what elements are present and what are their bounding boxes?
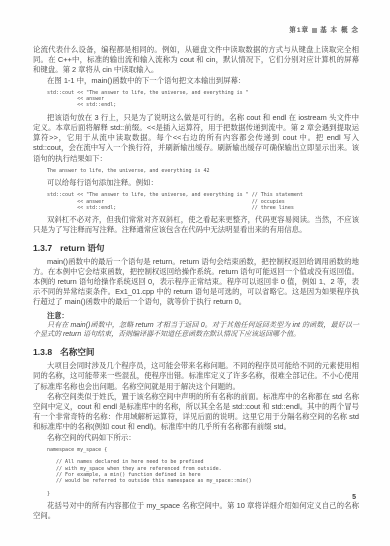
- paragraph-namespace-surname: 名称空间类似于姓氏，置于该名称空间中声明的所有名称的前面。标准库中的名称都在 s…: [33, 392, 359, 433]
- code-block-cout-statement: std::cout << "The answer to life, the un…: [47, 90, 359, 109]
- page-number: 5: [352, 494, 356, 501]
- header-chapter: 第1章: [289, 27, 309, 34]
- header-section-title: 基 本 概 念: [320, 27, 359, 34]
- heading-title: return 语句: [60, 243, 104, 253]
- paragraph-double-slash: 双斜杠不必对齐，但我们常常对齐双斜杠，使之看起来更整齐，代码更容易阅读。当然，不…: [33, 215, 359, 235]
- code-block-cout-with-comments: std::cout << "The answer to life, the un…: [47, 192, 359, 211]
- paragraph-namespace-final: 花括号对中的所有内容都位于 my_space 名称空间中。第 10 章将详细介绍…: [33, 501, 359, 521]
- paragraph-stream-intro: 论流代表什么设备，编程都是相同的。例如，从磁盘文件中读取数据的方式与从键盘上读取…: [33, 45, 359, 76]
- heading-title: 名称空间: [60, 347, 94, 357]
- heading-number: 1.3.8: [33, 347, 52, 357]
- running-header: 第1章基 本 概 念: [33, 24, 359, 34]
- header-separator-icon: [312, 28, 317, 33]
- paragraph-comment-intro: 可以给每行语句添加注释。例如：: [33, 178, 359, 188]
- code-block-namespace: namespace my_space { // All names declar…: [47, 447, 359, 497]
- paragraph-insertion-operator: 把该语句放在 3 行上，只是为了说明这么做是可行的。名称 cout 和 endl…: [33, 113, 359, 164]
- note-label: 注意：: [33, 311, 359, 321]
- note-block: 注意： 只有在 main()函数中，忽略 return 才相当于返回 0。对于其…: [33, 311, 359, 341]
- heading-section-1-3-8: 1.3.8名称空间: [33, 347, 359, 357]
- paragraph-figure-reference: 在图 1-1 中，main()函数中的下一个语句把文本输出到屏幕：: [33, 76, 359, 86]
- heading-section-1-3-7: 1.3.7return 语句: [33, 243, 359, 253]
- paragraph-namespace-code-intro: 名称空间的代码如下所示：: [33, 433, 359, 443]
- heading-number: 1.3.7: [33, 243, 52, 253]
- paragraph-namespace-problem: 大项目会同时涉及几个程序员，这可能会带来名称问题。不同的程序员可能给不同的元素使…: [33, 361, 359, 392]
- book-page: 第1章基 本 概 念 论流代表什么设备，编程都是相同的。例如，从磁盘文件中读取数…: [0, 0, 390, 546]
- paragraph-return-statement: main()函数中的最后一个语句是 return。return 语句会结束函数，…: [33, 257, 359, 308]
- code-block-program-output: The answer to life, the universe, and ev…: [47, 168, 359, 174]
- note-text: 只有在 main()函数中，忽略 return 才相当于返回 0。对于其他任何返…: [33, 321, 359, 341]
